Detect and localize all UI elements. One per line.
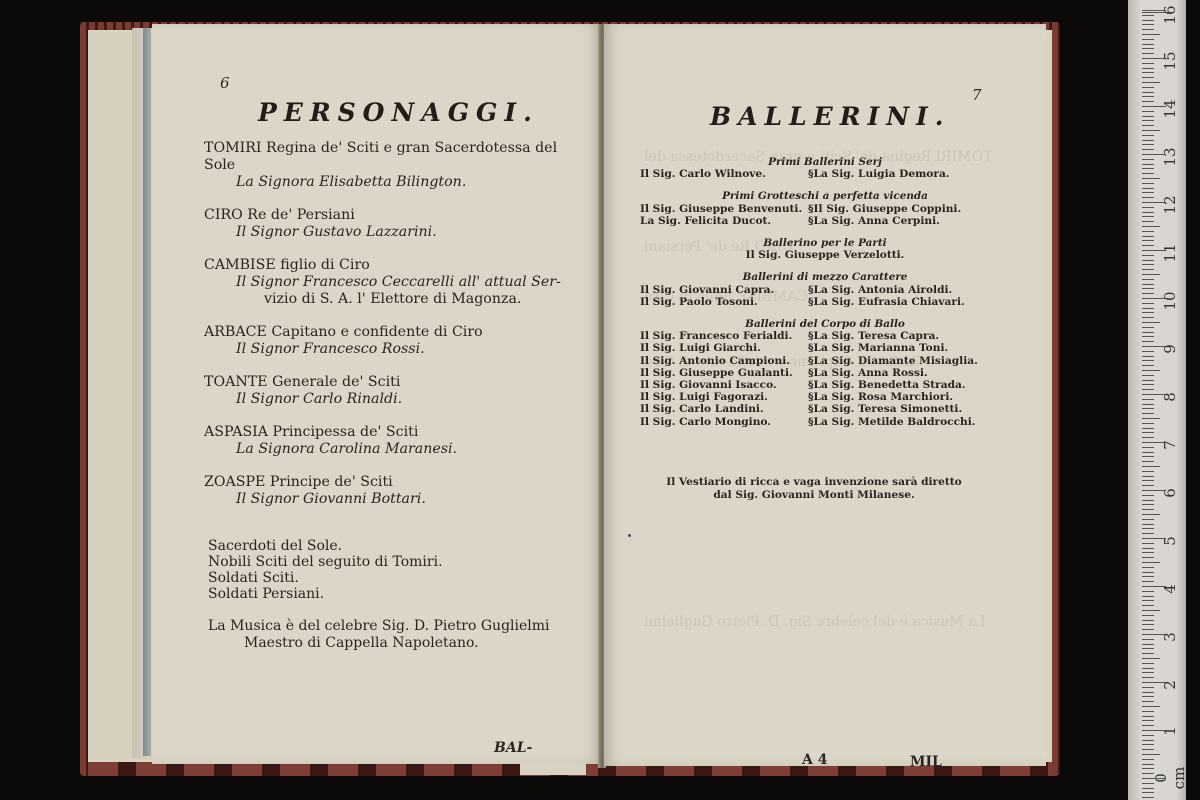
ruler-tick [1142, 260, 1154, 261]
ruler-tick [1142, 173, 1154, 174]
ruler-tick [1142, 538, 1166, 539]
ruler-tick [1142, 370, 1160, 371]
cast-entry: ARBACE Capitano e confidente di Ciro Il … [204, 324, 574, 358]
ruler-tick [1142, 159, 1154, 160]
extras-item: Sacerdoti del Sole. [208, 538, 443, 554]
ruler-tick [1142, 389, 1154, 390]
measurement-ruler: 0 cm 1 2 3 4 5 6 7 8 9 10 11 12 13 14 15… [1128, 0, 1186, 800]
ruler-tick [1142, 423, 1154, 424]
dancers-list: Primi Ballerini Serj Il Sig. Carlo Wilno… [640, 156, 1010, 438]
ruler-tick [1142, 648, 1154, 649]
ruler-tick [1142, 428, 1154, 429]
dancer-row: Il Sig. Carlo Landini.§La Sig. Teresa Si… [640, 403, 1010, 415]
dancers-section: Primi Grotteschi a perfetta vicenda Il S… [640, 190, 1010, 227]
ruler-tick [1142, 188, 1154, 189]
character-description: figlio di Ciro [280, 257, 370, 273]
dancer-row: Il Sig. Giuseppe Gualanti.§La Sig. Anna … [640, 367, 1010, 379]
dancer-row: Il Sig. Carlo Wilnove. §La Sig. Luigia D… [640, 168, 1010, 180]
cast-entry: ZOASPE Principe de' Sciti Il Signor Giov… [204, 474, 574, 508]
section-heading: Primi Grotteschi a perfetta vicenda [640, 190, 1010, 202]
ruler-tick [1142, 87, 1154, 88]
page-title: PERSONAGGI. [258, 98, 539, 127]
ruler-tick [1142, 120, 1154, 121]
ruler-label: 9 [1161, 337, 1179, 361]
ruler-tick [1142, 663, 1154, 664]
ink-mark [628, 534, 631, 537]
dancer-female: §La Sig. Luigia Demora. [808, 168, 998, 180]
dancer-male: Il Sig. Antonio Campioni. [640, 355, 808, 367]
ruler-tick [1142, 269, 1154, 270]
dancer-male: La Sig. Felicita Ducot. [640, 215, 808, 227]
ruler-tick [1142, 413, 1154, 414]
dancer-male: Il Sig. Luigi Giarchi. [640, 342, 808, 354]
ruler-tick [1142, 687, 1154, 688]
ruler-tick [1142, 706, 1160, 707]
page-title: BALLERINI. [710, 102, 950, 131]
ruler-tick [1142, 610, 1160, 611]
ruler-tick [1142, 384, 1154, 385]
ruler-tick [1142, 346, 1166, 347]
ruler-tick [1142, 629, 1154, 630]
ruler-tick [1142, 519, 1154, 520]
ruler-label: 14 [1161, 97, 1179, 121]
ruler-tick [1142, 135, 1154, 136]
dancers-section: Primi Ballerini Serj Il Sig. Carlo Wilno… [640, 156, 1010, 180]
ruler-label: 11 [1161, 241, 1179, 265]
ruler-tick [1142, 701, 1154, 702]
ruler-tick [1142, 356, 1154, 357]
character-description: Re de' Persiani [247, 207, 355, 223]
ruler-tick [1142, 360, 1154, 361]
dancer-female: §La Sig. Anna Rossi. [808, 367, 998, 379]
ruler-tick [1142, 437, 1154, 438]
ruler-tick [1142, 788, 1154, 789]
ruler-tick [1142, 236, 1154, 237]
ruler-tick [1142, 591, 1154, 592]
ruler-tick [1142, 322, 1160, 323]
ruler-tick [1142, 312, 1154, 313]
ruler-tick [1142, 418, 1160, 419]
ruler-tick [1142, 125, 1154, 126]
dancer-female: §La Sig. Anna Cerpini. [808, 215, 998, 227]
ruler-tick [1142, 735, 1154, 736]
ruler-tick [1142, 365, 1154, 366]
ruler-tick [1142, 500, 1154, 501]
ruler-tick [1142, 644, 1154, 645]
costume-note-line1: Il Vestiario di ricca e vaga invenzione … [664, 476, 964, 489]
ruler-tick [1142, 711, 1154, 712]
ruler-tick [1142, 466, 1160, 467]
ruler-tick [1142, 730, 1166, 731]
section-heading: Ballerini di mezzo Carattere [640, 271, 1010, 283]
ruler-tick [1142, 284, 1154, 285]
cast-entry: ASPASIA Principessa de' Sciti La Signora… [204, 424, 574, 458]
ruler-tick [1142, 543, 1154, 544]
dancer-row: Il Sig. Paolo Tosoni. §La Sig. Eufrasia … [640, 296, 1010, 308]
actor-name: Il Signor Giovanni Bottari. [204, 491, 574, 508]
ruler-tick [1142, 653, 1154, 654]
ruler-tick [1142, 605, 1154, 606]
right-page: TOMIRI Regina de' Sciti e gran Sacerdote… [604, 24, 1046, 766]
ruler-tick [1142, 144, 1154, 145]
ruler-tick [1142, 716, 1154, 717]
signature-mark: A 4 [802, 752, 827, 768]
dancer-male: Il Sig. Carlo Landini. [640, 403, 808, 415]
dancer-female: §La Sig. Antonia Airoldi. [808, 284, 998, 296]
ruler-tick [1142, 581, 1154, 582]
dancer-male: Il Sig. Carlo Wilnove. [640, 168, 808, 180]
ruler-tick [1142, 514, 1160, 515]
dancer-row: Il Sig. Carlo Mongino.§La Sig. Metilde B… [640, 416, 1010, 428]
dancer-male: Il Sig. Giovanni Isacco. [640, 379, 808, 391]
dancer-row: Il Sig. Luigi Fagorazi.§La Sig. Rosa Mar… [640, 391, 1010, 403]
ruler-label: 3 [1161, 625, 1179, 649]
ruler-tick [1142, 759, 1154, 760]
ruler-tick [1142, 303, 1154, 304]
ruler-tick [1142, 192, 1154, 193]
ruler-label: 16 [1161, 3, 1179, 27]
character-description: Principe de' Sciti [270, 474, 393, 490]
ruler-tick [1142, 308, 1154, 309]
ruler-tick [1142, 351, 1154, 352]
ruler-tick [1142, 68, 1154, 69]
ruler-tick [1142, 216, 1154, 217]
ruler-tick [1142, 24, 1154, 25]
ruler-tick [1142, 226, 1160, 227]
ruler-tick [1142, 692, 1154, 693]
dancer-male: Il Sig. Luigi Fagorazi. [640, 391, 808, 403]
ruler-tick [1142, 58, 1166, 59]
ruler-tick [1142, 255, 1154, 256]
dancer-female: §La Sig. Eufrasia Chiavari. [808, 296, 998, 308]
ruler-tick [1142, 332, 1154, 333]
ruler-tick [1142, 764, 1154, 765]
ruler-tick [1142, 620, 1154, 621]
ruler-tick [1142, 34, 1160, 35]
ruler-tick [1142, 596, 1154, 597]
character-description: Generale de' Sciti [272, 374, 400, 390]
bottom-edge-paper [520, 763, 586, 775]
ruler-label: 13 [1161, 145, 1179, 169]
ruler-tick [1142, 509, 1154, 510]
ruler-label: 5 [1161, 529, 1179, 553]
ruler-tick [1142, 168, 1154, 169]
dancer-row: Il Sig. Luigi Giarchi.§La Sig. Marianna … [640, 342, 1010, 354]
ruler-tick [1142, 207, 1154, 208]
catchword: BAL- [494, 740, 532, 756]
ruler-tick [1142, 293, 1154, 294]
ruler-tick [1142, 72, 1154, 73]
ruler-tick [1142, 288, 1154, 289]
ruler-tick [1142, 749, 1154, 750]
ruler-tick [1142, 797, 1154, 798]
ruler-tick [1142, 562, 1160, 563]
cast-entry: TOMIRI Regina de' Sciti e gran Sacerdote… [204, 140, 574, 191]
ruler-tick [1142, 476, 1154, 477]
cast-entry: TOANTE Generale de' Sciti Il Signor Carl… [204, 374, 574, 408]
ruler-tick [1142, 552, 1154, 553]
ruler-tick [1142, 696, 1154, 697]
ruler-tick [1142, 178, 1160, 179]
dancer-row: Il Sig. Antonio Campioni.§La Sig. Diaman… [640, 355, 1010, 367]
actor-name: Il Signor Carlo Rinaldi. [204, 391, 574, 408]
extras-item: Nobili Sciti del seguito di Tomiri. [208, 554, 443, 570]
ruler-tick [1142, 720, 1154, 721]
ruler-label: 2 [1161, 673, 1179, 697]
ruler-tick [1142, 96, 1154, 97]
ruler-label: 1 [1161, 719, 1179, 743]
show-through-text: La Musica è del celebre Sig. D. Pietro G… [644, 614, 986, 630]
dancer-row: Il Sig. Francesco Ferialdi.§La Sig. Tere… [640, 330, 1010, 342]
dancer-solo: Il Sig. Giuseppe Verzelotti. [640, 249, 1010, 261]
ruler-tick [1142, 111, 1154, 112]
ruler-tick [1142, 48, 1154, 49]
ruler-tick [1142, 327, 1154, 328]
ruler-tick [1142, 274, 1160, 275]
ruler-tick [1142, 677, 1154, 678]
ruler-tick [1142, 15, 1154, 16]
actor-name: La Signora Carolina Maranesi. [204, 441, 574, 458]
ruler-label: 7 [1161, 433, 1179, 457]
ruler-tick [1142, 341, 1154, 342]
dancer-male: Il Sig. Giuseppe Gualanti. [640, 367, 808, 379]
ruler-tick [1142, 778, 1166, 779]
dancers-section: Ballerino per le Parti Il Sig. Giuseppe … [640, 237, 1010, 261]
ruler-tick [1142, 447, 1154, 448]
ruler-tick [1142, 183, 1154, 184]
ruler-tick [1142, 221, 1154, 222]
ruler-tick [1142, 668, 1154, 669]
ruler-tick [1142, 245, 1154, 246]
character-description: Capitano e confidente di Ciro [271, 324, 482, 340]
ruler-tick [1142, 53, 1154, 54]
dancer-female: §La Sig. Diamante Misiaglia. [808, 355, 998, 367]
dancer-female: §La Sig. Marianna Toni. [808, 342, 998, 354]
character-name: CAMBISE [204, 257, 276, 273]
ruler-tick [1142, 92, 1154, 93]
ruler-tick [1142, 10, 1166, 11]
ruler-tick [1142, 461, 1154, 462]
ruler-tick [1142, 452, 1154, 453]
ruler-tick [1142, 116, 1154, 117]
ruler-tick [1142, 140, 1154, 141]
ruler-tick [1142, 744, 1154, 745]
dancers-section: Ballerini del Corpo di Ballo Il Sig. Fra… [640, 318, 1010, 428]
dancer-female: §La Sig. Metilde Baldrocchi. [808, 416, 998, 428]
dancers-section: Ballerini di mezzo Carattere Il Sig. Gio… [640, 271, 1010, 308]
ruler-tick [1142, 442, 1166, 443]
ruler-label: 8 [1161, 385, 1179, 409]
ruler-label: 15 [1161, 49, 1179, 73]
cast-entry: CIRO Re de' Persiani Il Signor Gustavo L… [204, 207, 574, 241]
ruler-tick [1142, 279, 1154, 280]
ruler-tick [1142, 432, 1154, 433]
dancer-male: Il Sig. Giovanni Capra. [640, 284, 808, 296]
ruler-tick [1142, 317, 1154, 318]
ruler-tick [1142, 495, 1154, 496]
ruler-tick [1142, 471, 1154, 472]
ruler-tick [1142, 480, 1154, 481]
section-heading: Primi Ballerini Serj [640, 156, 1010, 168]
character-name: TOANTE [204, 374, 268, 390]
dancer-female: §La Sig. Teresa Capra. [808, 330, 998, 342]
character-description: Regina de' Sciti e gran Sacerdotessa del [266, 140, 557, 156]
ruler-tick [1142, 404, 1154, 405]
dancer-female: §La Sig. Teresa Simonetti. [808, 403, 998, 415]
ruler-tick [1142, 572, 1154, 573]
ruler-tick [1142, 576, 1154, 577]
ruler-tick [1142, 82, 1160, 83]
ruler-tick [1142, 524, 1154, 525]
ruler-tick [1142, 586, 1166, 587]
actor-name: Il Signor Gustavo Lazzarini. [204, 224, 574, 241]
dancer-row: La Sig. Felicita Ducot. §La Sig. Anna Ce… [640, 215, 1010, 227]
ruler-tick [1142, 557, 1154, 558]
character-name: CIRO [204, 207, 243, 223]
character-description-cont: Sole [204, 157, 574, 174]
extras-list: Sacerdoti del Sole. Nobili Sciti del seg… [208, 538, 443, 602]
ruler-tick [1142, 164, 1154, 165]
ruler-tick [1142, 672, 1154, 673]
dancer-female: §La Sig. Rosa Marchiori. [808, 391, 998, 403]
character-description: Principessa de' Sciti [273, 424, 419, 440]
ruler-tick [1142, 29, 1154, 30]
ruler-tick [1142, 725, 1154, 726]
ruler-tick [1142, 754, 1160, 755]
ruler-tick [1142, 490, 1166, 491]
actor-name: La Signora Elisabetta Bilington. [204, 174, 574, 191]
character-name: TOMIRI [204, 140, 262, 156]
ruler-tick [1142, 231, 1154, 232]
section-heading: Ballerini del Corpo di Ballo [640, 318, 1010, 330]
dancer-male: Il Sig. Carlo Mongino. [640, 416, 808, 428]
ruler-label: 10 [1161, 289, 1179, 313]
cast-list: TOMIRI Regina de' Sciti e gran Sacerdote… [204, 140, 574, 524]
ruler-label: 12 [1161, 193, 1179, 217]
ruler-tick [1142, 39, 1154, 40]
ruler-tick [1142, 298, 1166, 299]
ruler-tick [1142, 130, 1160, 131]
music-credit: La Musica è del celebre Sig. D. Pietro G… [208, 618, 568, 652]
dancer-row: Il Sig. Giovanni Isacco.§La Sig. Benedet… [640, 379, 1010, 391]
character-name: ASPASIA [204, 424, 268, 440]
music-credit-line1: La Musica è del celebre Sig. D. Pietro G… [208, 618, 550, 634]
ruler-tick [1142, 101, 1154, 102]
ruler-tick [1142, 682, 1166, 683]
page-number: 7 [972, 86, 982, 104]
dancer-female: §La Sig. Benedetta Strada. [808, 379, 998, 391]
left-page: 6 PERSONAGGI. TOMIRI Regina de' Sciti e … [152, 24, 600, 764]
ruler-tick [1142, 634, 1166, 635]
catchword: MIL [910, 754, 942, 770]
extras-item: Soldati Sciti. [208, 570, 443, 586]
ruler-tick [1142, 792, 1154, 793]
dancer-row: Il Sig. Giuseppe Benvenuti. §Il Sig. Giu… [640, 203, 1010, 215]
ruler-label: 4 [1161, 577, 1179, 601]
ruler-tick [1142, 533, 1154, 534]
ruler-tick [1142, 567, 1154, 568]
ruler-tick [1142, 212, 1154, 213]
ruler-tick [1142, 408, 1154, 409]
ruler-tick [1142, 600, 1154, 601]
ruler-tick [1142, 624, 1154, 625]
ruler-tick [1142, 399, 1154, 400]
actor-name-cont: vizio di S. A. l' Elettore di Magonza. [204, 291, 574, 308]
dancer-male: Il Sig. Paolo Tosoni. [640, 296, 808, 308]
ruler-tick [1142, 768, 1154, 769]
dancer-male: Il Sig. Francesco Ferialdi. [640, 330, 808, 342]
ruler-tick [1142, 250, 1166, 251]
ruler-tick [1142, 548, 1154, 549]
ruler-tick [1142, 77, 1154, 78]
section-heading: Ballerino per le Parti [640, 237, 1010, 249]
ruler-tick [1142, 63, 1154, 64]
ruler-tick [1142, 394, 1166, 395]
ruler-tick [1142, 20, 1154, 21]
ruler-tick [1142, 773, 1154, 774]
page-number: 6 [220, 74, 230, 92]
costume-note: Il Vestiario di ricca e vaga invenzione … [664, 476, 964, 502]
ruler-tick [1142, 154, 1166, 155]
ruler-tick [1142, 380, 1154, 381]
dancer-female: §Il Sig. Giuseppe Coppini. [808, 203, 998, 215]
ruler-tick [1142, 528, 1154, 529]
ruler-label: 6 [1161, 481, 1179, 505]
ruler-tick [1142, 240, 1154, 241]
ruler-tick [1142, 783, 1154, 784]
ruler-tick [1142, 44, 1154, 45]
actor-name: Il Signor Francesco Rossi. [204, 341, 574, 358]
dancer-row: Il Sig. Giovanni Capra. §La Sig. Antonia… [640, 284, 1010, 296]
ruler-tick [1142, 615, 1154, 616]
ruler-tick [1142, 106, 1166, 107]
ruler-tick [1142, 149, 1154, 150]
ruler-tick [1142, 197, 1154, 198]
character-name: ZOASPE [204, 474, 265, 490]
music-credit-line2: Maestro di Cappella Napoletano. [208, 635, 568, 652]
ruler-tick [1142, 202, 1166, 203]
extras-item: Soldati Persiani. [208, 586, 443, 602]
dancer-male: Il Sig. Giuseppe Benvenuti. [640, 203, 808, 215]
cast-entry: CAMBISE figlio di Ciro Il Signor Frances… [204, 257, 574, 308]
ruler-tick [1142, 264, 1154, 265]
costume-note-line2: dal Sig. Giovanni Monti Milanese. [664, 489, 964, 502]
actor-name: Il Signor Francesco Ceccarelli all' attu… [204, 274, 574, 291]
ruler-tick [1142, 639, 1154, 640]
ruler-tick [1142, 504, 1154, 505]
ruler-tick [1142, 658, 1160, 659]
ruler-tick [1142, 740, 1154, 741]
ruler-tick [1142, 485, 1154, 486]
ruler-tick [1142, 336, 1154, 337]
character-name: ARBACE [204, 324, 267, 340]
blue-paper-strip [143, 28, 151, 756]
ruler-tick [1142, 456, 1154, 457]
ruler-tick [1142, 375, 1154, 376]
